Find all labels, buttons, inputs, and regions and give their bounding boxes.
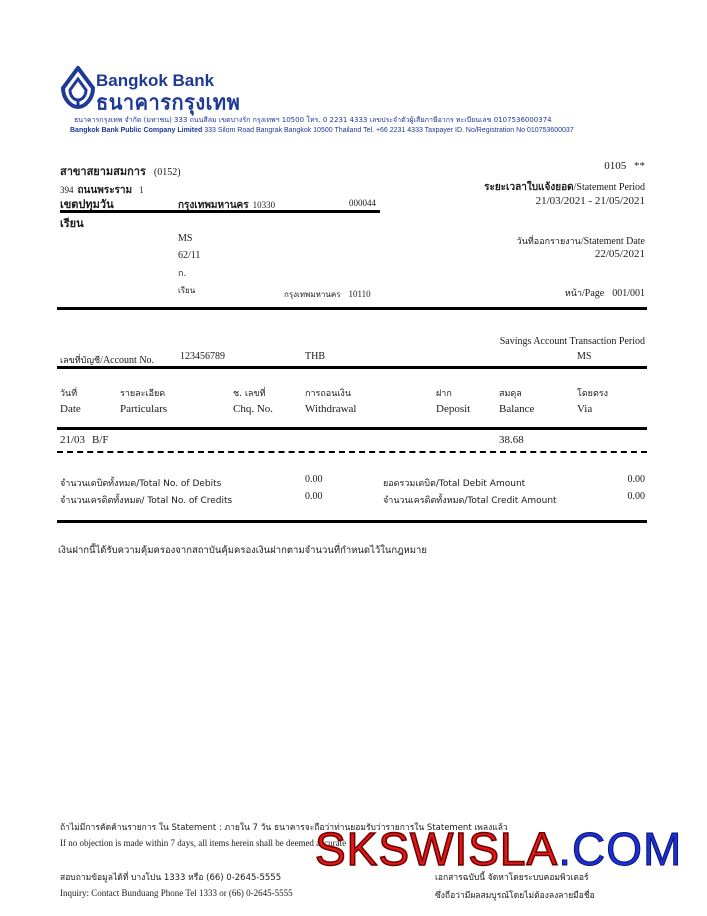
customer-province: กรุงเทพมหานคร <box>284 290 340 299</box>
date-label-en: /Statement Date <box>581 236 645 247</box>
column-header-th: สมดุล <box>499 386 522 400</box>
cell-balance: 38.68 <box>499 434 524 446</box>
column-header-en: Deposit <box>436 403 470 415</box>
bank-address-th: ธนาคารกรุงเทพ จำกัด (มหาชน) 333 ถนนสีลม … <box>74 115 552 126</box>
account-currency: THB <box>305 351 325 362</box>
account-holder: MS <box>577 351 591 362</box>
customer-postcode: 10110 <box>348 289 370 299</box>
page-value: 001/001 <box>612 288 645 299</box>
total-debits-count: 0.00 <box>305 474 323 485</box>
total-credits-label-text: จำนวนเครดิตทั้งหมด/ Total No. of Credits <box>60 496 232 506</box>
customer-name: MS <box>178 233 192 244</box>
section-divider-2 <box>57 366 647 369</box>
total-credit-amount-label-text: จำนวนเครดิตทั้งหมด/Total Credit Amount <box>383 496 557 506</box>
lotus-icon <box>60 66 96 110</box>
bank-company-name: Bangkok Bank Public Company Limited <box>70 127 202 134</box>
section-divider-1 <box>57 307 647 310</box>
page-label-en: /Page <box>582 288 604 299</box>
total-debit-amount: 0.00 <box>628 474 646 485</box>
bank-address-en: Bangkok Bank Public Company Limited 333 … <box>70 127 574 134</box>
total-credits-count: 0.00 <box>305 491 323 502</box>
branch-name: สาขาสยามสมการ <box>60 165 146 178</box>
statement-period-label: ระยะเวลาใบแจ้งยอด/Statement Period <box>484 177 645 195</box>
period-label-en: /Statement Period <box>574 182 645 193</box>
watermark-part2: .COM <box>558 823 682 875</box>
total-debits-label-text: จำนวนเดบิตทั้งหมด/Total No. of Debits <box>60 479 221 489</box>
statement-date-value: 22/05/2021 <box>595 248 645 260</box>
statement-code: 0105 <box>604 160 626 172</box>
total-credits-label: จำนวนเครดิตทั้งหมด/ Total No. of Credits <box>60 490 232 508</box>
total-credit-amount: 0.00 <box>628 491 646 502</box>
column-header-th: ช. เลขที่ <box>233 386 266 400</box>
column-header-en: Balance <box>499 403 534 415</box>
bank-name-th: ธนาคารกรุงเทพ <box>96 85 240 119</box>
branch-street-no: 394 <box>60 185 74 195</box>
account-type: Savings Account Transaction Period <box>500 336 645 347</box>
period-label-th: ระยะเวลาใบแจ้งยอด <box>484 182 574 193</box>
total-debit-amount-label: ยอดรวมเดบิต/Total Debit Amount <box>383 473 525 491</box>
column-header-th: โดยตรง <box>577 386 608 400</box>
branch-code: (0152) <box>154 167 181 178</box>
page-label-th: หน้า <box>565 289 582 299</box>
customer-address-3: เรียน <box>178 284 195 297</box>
table-header-divider <box>57 427 647 430</box>
section-divider-3 <box>57 520 647 523</box>
watermark: SKSWISLA.COM <box>315 822 682 876</box>
column-header-en: Via <box>577 403 592 415</box>
account-number: 123456789 <box>180 351 225 362</box>
column-header-en: Withdrawal <box>305 403 356 415</box>
branch-street-suffix: 1 <box>139 185 144 195</box>
statement-code-line: 0105 ** <box>604 160 645 172</box>
table-dashed-divider <box>57 451 647 453</box>
statement-stars: ** <box>634 160 645 172</box>
column-header-en: Chq. No. <box>233 403 273 415</box>
total-debits-label: จำนวนเดบิตทั้งหมด/Total No. of Debits <box>60 473 221 491</box>
column-header-th: วันที่ <box>60 386 77 400</box>
inquiry-th: สอบถามข้อมูลได้ที่ บางโปน 1333 หรือ (66)… <box>60 870 281 884</box>
column-header-th: ฝาก <box>436 386 452 400</box>
branch-postcode: 10330 <box>253 200 276 210</box>
objection-notice-en: If no objection is made within 7 days, a… <box>60 838 346 848</box>
branch-divider <box>60 210 380 213</box>
total-credit-amount-label: จำนวนเครดิตทั้งหมด/Total Credit Amount <box>383 490 557 508</box>
account-label-en: /Account No. <box>100 355 154 366</box>
page-number-line: หน้า/Page 001/001 <box>565 283 645 301</box>
customer-address-1: 62/11 <box>178 250 200 261</box>
salutation: เรียน <box>60 214 84 232</box>
total-debit-amount-label-text: ยอดรวมเดบิต/Total Debit Amount <box>383 479 525 489</box>
watermark-part1: SKSWISLA <box>315 823 558 875</box>
computer-generated-note-2: ซึ่งถือว่ามีผลสมบูรณ์โดยไม่ต้องลงลายมือช… <box>435 888 595 902</box>
inquiry-en: Inquiry: Contact Bunduang Phone Tel 1333… <box>60 888 293 898</box>
bank-address-en-text: 333 Silom Road Bangrak Bangkok 10500 Tha… <box>204 127 574 134</box>
cell-date: 21/03 <box>60 434 85 446</box>
statement-period-value: 21/03/2021 - 21/05/2021 <box>536 195 645 207</box>
date-label-th: วันที่ออกรายงาน <box>517 237 581 247</box>
column-header-en: Date <box>60 403 81 415</box>
cell-particulars: B/F <box>92 434 109 446</box>
column-header-th: รายละเอียด <box>120 386 165 400</box>
branch-name-line: สาขาสยามสมการ (0152) <box>60 162 181 180</box>
account-label-th: เลขที่บัญชี <box>60 356 100 366</box>
customer-province-line: กรุงเทพมหานคร 10110 <box>284 284 371 302</box>
deposit-protection-notice: เงินฝากนี้ได้รับความคุ้มครองจากสถาบันคุ้… <box>58 543 427 558</box>
statement-date-label: วันที่ออกรายงาน/Statement Date <box>517 231 645 249</box>
column-header-en: Particulars <box>120 403 167 415</box>
branch-ref: 000044 <box>349 198 376 208</box>
customer-address-2: ก. <box>178 266 186 280</box>
column-header-th: การถอนเงิน <box>305 386 351 400</box>
